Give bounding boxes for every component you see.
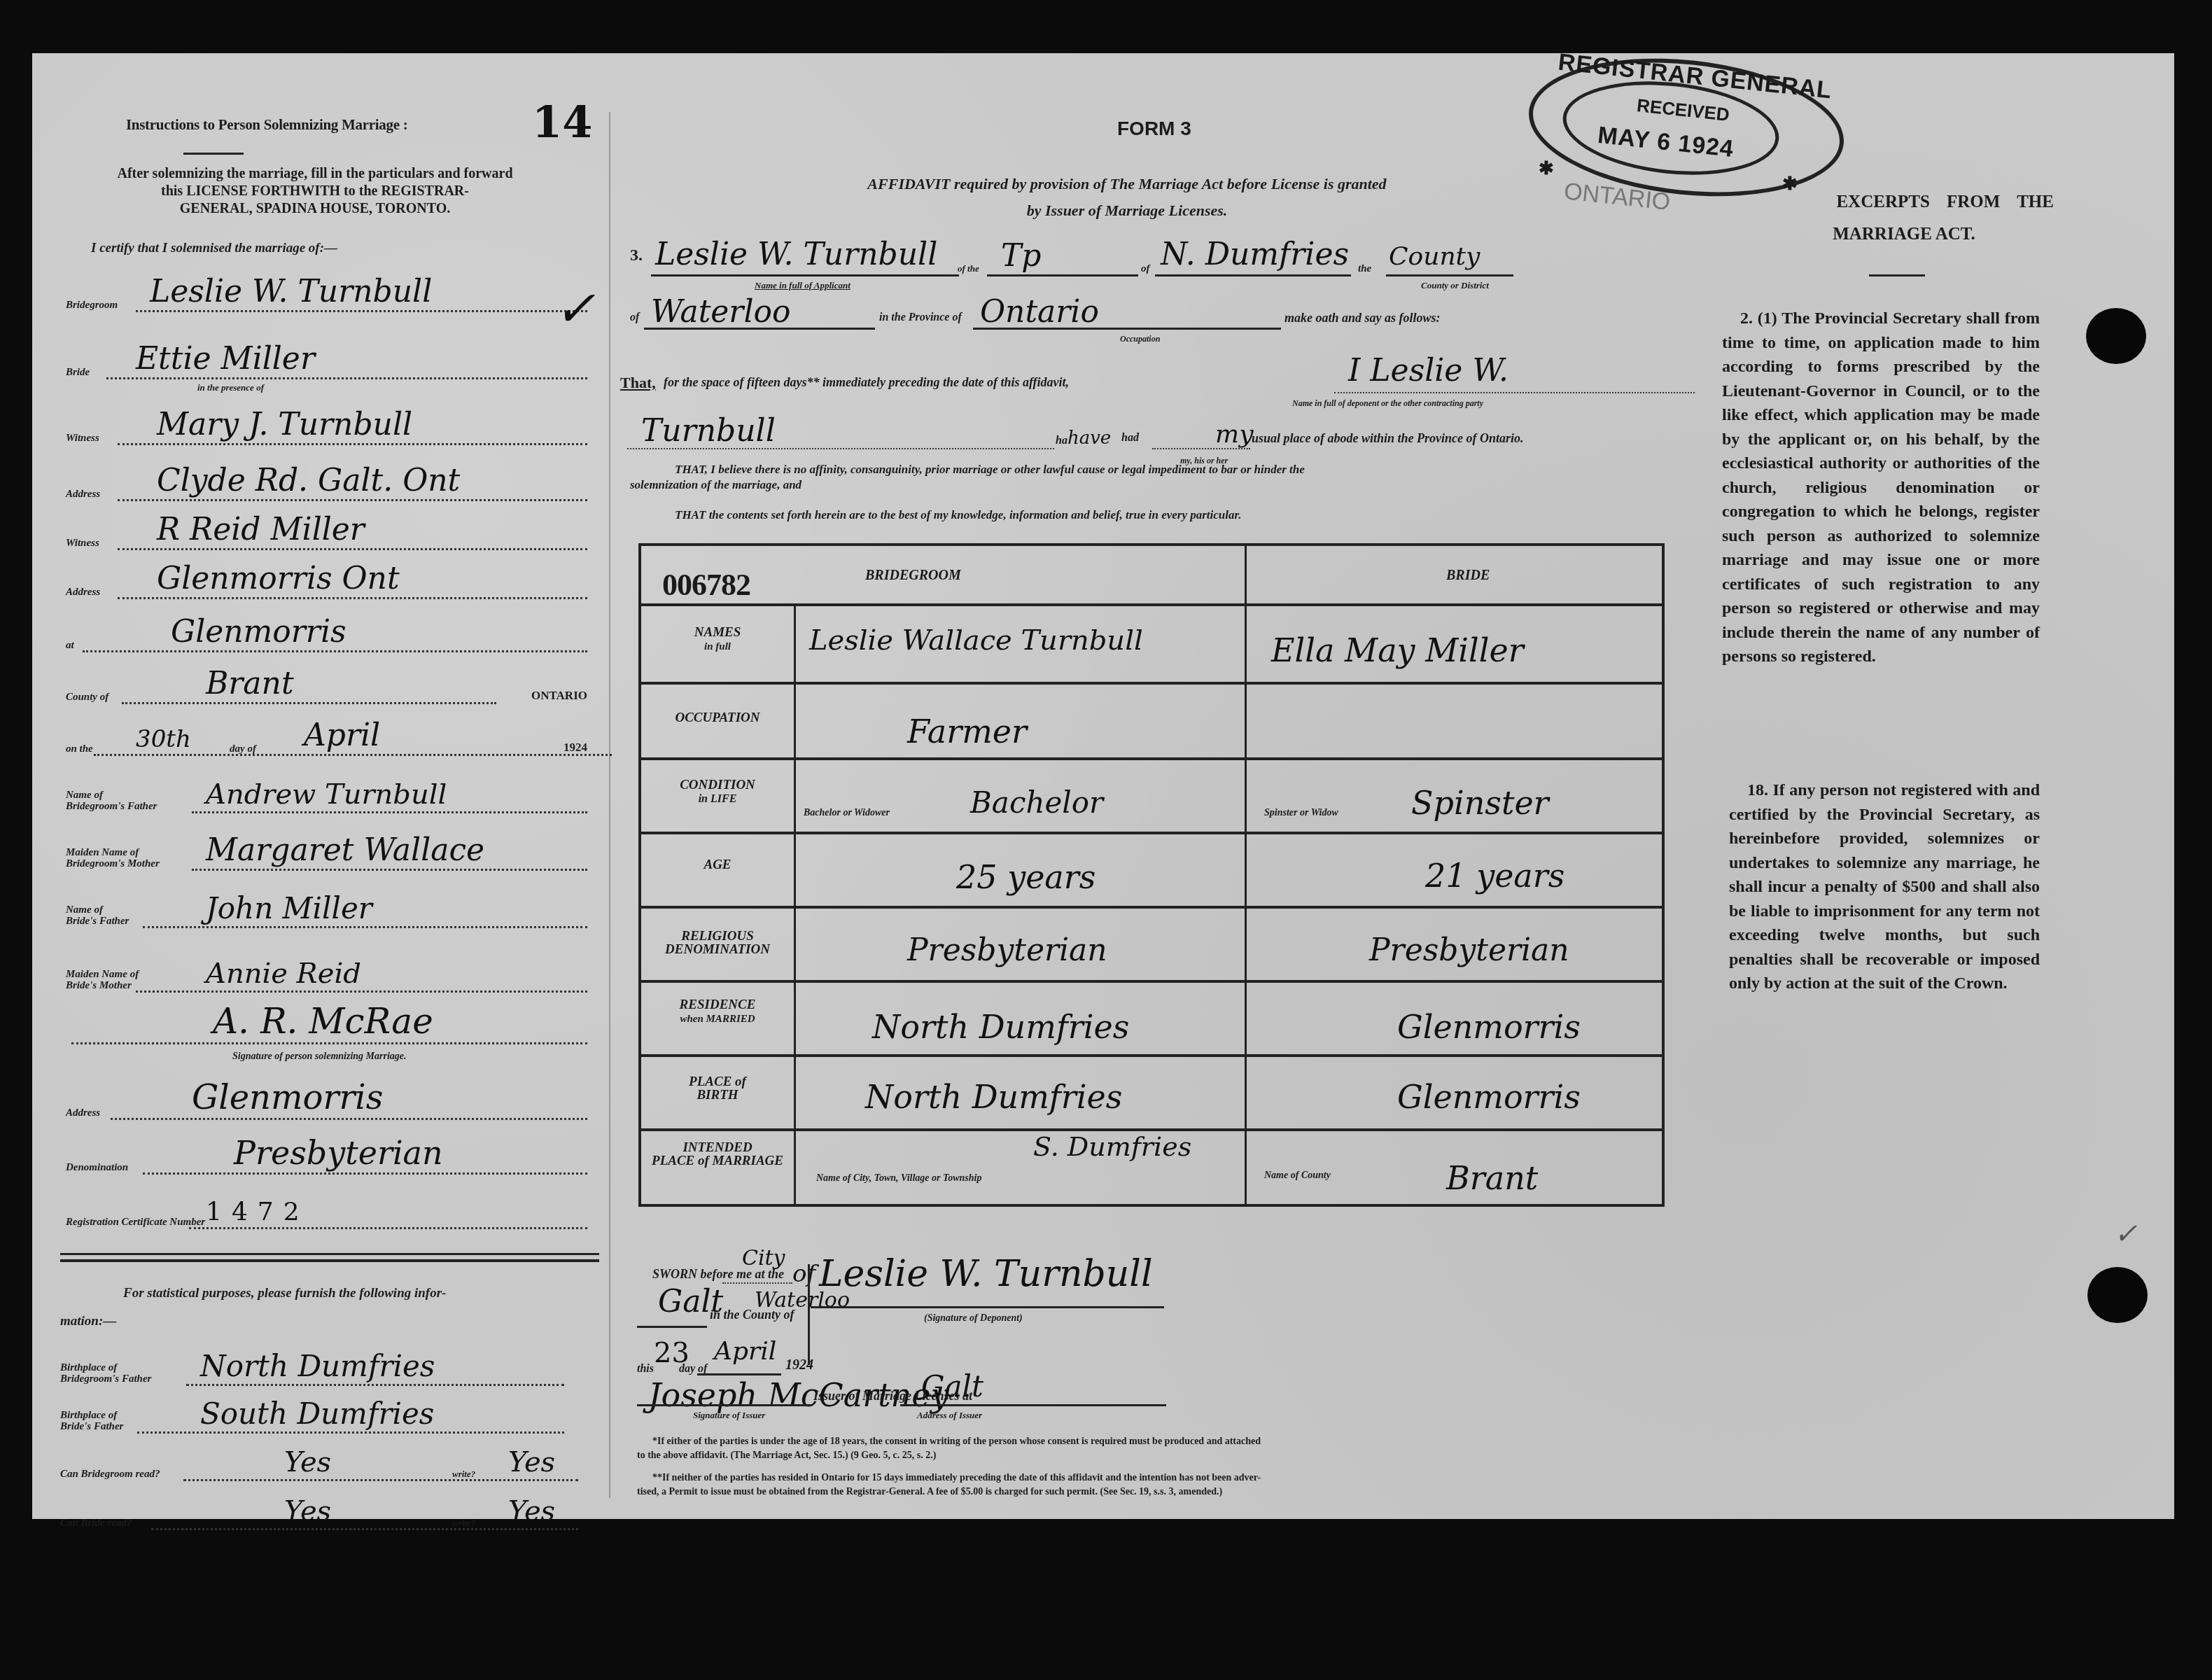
check-mark-icon: ✓	[2114, 1218, 2138, 1250]
table-row-names: NAMESin full Leslie Wallace Turnbull Ell…	[641, 603, 1662, 685]
subtitle-line-2: by Issuer of Marriage Licenses.	[658, 197, 1596, 224]
residence-paragraph: That, for the space of fifteen days** im…	[620, 343, 1698, 462]
party-caption: Name in full of deponent or the other co…	[1292, 398, 1483, 409]
label-line: Bride's Mother	[66, 980, 132, 991]
belief-line: THAT, I believe there is no affinity, co…	[630, 462, 1690, 477]
column-header-bride: BRIDE	[1446, 570, 1490, 581]
row-label-sub: in LIFE	[699, 793, 737, 805]
label: day of	[230, 743, 256, 755]
groom-father-birthplace-value: North Dumfries	[200, 1349, 435, 1383]
groom-write-value: Yes	[508, 1446, 555, 1478]
witness1-field: Witness Mary J. Turnbull	[66, 406, 587, 448]
underline	[987, 274, 1138, 276]
bride-read-value: Yes	[284, 1495, 331, 1527]
this-label: this	[637, 1364, 654, 1375]
bride-father-value: John Miller	[206, 891, 372, 925]
denomination-field: Denomination Presbyterian	[66, 1135, 587, 1177]
heading-line-1: EXCERPTS FROM THE	[1743, 186, 2065, 218]
dotted-line	[186, 1384, 564, 1386]
footnote-1: *If either of the parties is under the a…	[637, 1435, 1701, 1449]
underline	[637, 1326, 707, 1328]
had-label: had	[1121, 433, 1139, 444]
dotted-line	[137, 1431, 564, 1434]
witness2-value: R Reid Miller	[157, 512, 365, 547]
party-name-2: Turnbull	[641, 413, 776, 449]
section-divider	[60, 1253, 599, 1262]
denomination-value: Presbyterian	[234, 1134, 443, 1172]
bride-field: Bride Ettie Miller	[66, 340, 587, 382]
instructions-line-1: After solemnizing the marriage, fill in …	[49, 165, 581, 183]
row-label-sub: BIRTH	[696, 1088, 738, 1102]
label: Address	[66, 489, 100, 500]
statistical-intro: For statistical purposes, please furnish…	[60, 1280, 599, 1336]
groom-mother-value: Margaret Wallace	[206, 832, 484, 868]
dotted-line	[143, 1172, 587, 1175]
belief-line: solemnization of the marriage, and	[630, 477, 1690, 493]
check-mark-icon: ✓	[554, 280, 596, 337]
row-label-main: INTENDED	[682, 1140, 752, 1155]
statistical-intro-line-1: For statistical purposes, please furnish…	[60, 1280, 599, 1308]
dotted-line	[118, 548, 587, 550]
label-line: Maiden Name of	[66, 847, 139, 858]
label-line: Maiden Name of	[66, 969, 139, 980]
county-value: Brant	[206, 666, 294, 701]
label-line: Birthplace of	[60, 1410, 117, 1421]
intended-place-caption: Name of City, Town, Village or Township	[816, 1173, 982, 1184]
label: Bridegroom	[66, 300, 118, 311]
label: at	[66, 640, 74, 651]
issuer-address-caption: Address of Issuer	[917, 1410, 982, 1421]
applicant-line: 3. Leslie W. Turnbull Name in full of Ap…	[630, 231, 1701, 287]
intended-county-value: Brant	[1446, 1159, 1538, 1197]
dotted-line	[118, 499, 587, 501]
instructions-title: Instructions to Person Solemnizing Marri…	[126, 116, 407, 134]
label-line: Birthplace of	[60, 1362, 117, 1373]
label: Denomination	[66, 1162, 128, 1173]
form-subtitle: AFFIDAVIT required by provision of The M…	[658, 171, 1596, 224]
row-label: PLACE ofBIRTH	[641, 1075, 794, 1102]
province-label: in the Province of	[879, 312, 962, 323]
bride-age-value: 21 years	[1425, 857, 1564, 895]
label: Can Bride read?	[60, 1518, 132, 1529]
form-title: FORM 3	[1117, 118, 1191, 140]
table-row-birthplace: PLACE ofBIRTH North Dumfries Glenmorris	[641, 1054, 1662, 1131]
at-value: Glenmorris	[171, 614, 346, 650]
groom-occupation-value: Farmer	[907, 713, 1027, 750]
witness1-value: Mary J. Turnbull	[157, 407, 412, 442]
address1-field: Address Clyde Rd. Galt. Ont	[66, 462, 587, 504]
row-label-main: PLACE of	[689, 1074, 746, 1089]
dotted-line	[94, 754, 612, 756]
bride-father-birthplace-value: South Dumfries	[200, 1396, 434, 1431]
label-line: Bride's Father	[60, 1421, 123, 1432]
deponent-caption: (Signature of Deponent)	[924, 1313, 1023, 1324]
applicant-prefix: 3.	[630, 246, 643, 265]
groom-literacy-field: Can Bridegroom read? Yes write? Yes	[60, 1442, 578, 1484]
applicant-name: Leslie W. Turnbull	[655, 237, 937, 272]
county-word: County	[1389, 242, 1480, 271]
bridegroom-value: Leslie W. Turnbull	[150, 274, 432, 309]
table-row-intended-place: INTENDEDPLACE of MARRIAGE S. Dumfries Na…	[641, 1128, 1662, 1210]
groom-father-birthplace-field: Birthplace ofBridegroom's Father North D…	[60, 1347, 564, 1389]
underline	[1155, 274, 1351, 276]
underline	[1152, 448, 1250, 449]
particulars-table: 006782 BRIDEGROOM BRIDE NAMESin full Les…	[638, 543, 1665, 1207]
dotted-line	[111, 1118, 587, 1120]
dotted-line	[136, 310, 587, 312]
label: Birthplace ofBridegroom's Father	[60, 1362, 151, 1385]
label: Registration Certificate Number	[66, 1217, 205, 1228]
label: Address	[66, 587, 100, 598]
label: Bride	[66, 367, 90, 378]
underline	[651, 274, 959, 276]
label: Name ofBridegroom's Father	[66, 790, 157, 812]
bride-literacy-field: Can Bride read? Yes write? Yes	[60, 1491, 578, 1533]
address2-field: Address Glenmorris Ont	[66, 560, 587, 602]
row-label: OCCUPATION	[641, 711, 794, 724]
bride-father-field: Name ofBride's Father John Miller	[66, 889, 587, 931]
row-label: RESIDENCEwhen MARRIED	[641, 998, 794, 1026]
page-number: 14	[532, 97, 592, 148]
pronoun-value: my	[1215, 420, 1253, 449]
row-label: CONDITIONin LIFE	[641, 778, 794, 806]
label: Witness	[66, 433, 99, 444]
ontario-label: ONTARIO	[531, 689, 587, 703]
groom-religion-value: Presbyterian	[907, 932, 1107, 968]
punch-hole-top	[2086, 308, 2146, 364]
place-type-value: City	[742, 1246, 785, 1270]
dotted-line	[122, 702, 496, 704]
certify-text: I certify that I solemnised the marriage…	[91, 241, 337, 256]
bride-write-value: Yes	[508, 1495, 555, 1527]
punch-hole-bottom	[2087, 1267, 2148, 1323]
heading-rule	[1869, 274, 1925, 276]
year-value: 1924	[785, 1359, 813, 1371]
officiant-caption: Signature of person solemnizing Marriage…	[232, 1051, 407, 1063]
underline	[637, 1404, 812, 1406]
excerpt-section-18: 18. If any person not registered with an…	[1729, 778, 2040, 996]
row-label: AGE	[641, 858, 794, 871]
groom-mother-field: Maiden Name ofBridegroom's Mother Margar…	[66, 832, 587, 874]
applicant-caption: Name in full of Applicant	[755, 280, 850, 291]
label: on the	[66, 743, 93, 755]
row-label-sub: when MARRIED	[680, 1014, 755, 1025]
month-value: April	[714, 1337, 776, 1366]
groom-age-value: 25 years	[956, 858, 1095, 896]
instructions-line-2: this LICENSE FORTHWITH to the REGISTRAR-	[49, 183, 581, 200]
officiant-signature: A. R. McRae	[213, 1001, 433, 1042]
that-label: That,	[620, 374, 656, 392]
groom-read-value: Yes	[284, 1446, 331, 1478]
underline	[697, 1373, 781, 1375]
subtitle-line-1: AFFIDAVIT required by provision of The M…	[658, 171, 1596, 197]
footnotes: *If either of the parties is under the a…	[637, 1435, 1701, 1499]
at-field: at Glenmorris	[66, 613, 587, 655]
month-value: April	[304, 717, 380, 753]
residence-text: for the space of fifteen days** immediat…	[664, 377, 1069, 388]
registration-number-value: 1472	[206, 1198, 309, 1226]
township-value: N. Dumfries	[1161, 237, 1349, 272]
table-serial-number: 006782	[662, 567, 750, 603]
sworn-block: SWORN before me at the City of Galt in t…	[630, 1239, 1708, 1421]
underline	[1386, 274, 1513, 276]
write-label: write?	[452, 1518, 475, 1529]
county-field: County of Brant ONTARIO	[66, 665, 587, 707]
excerpt-section-2: 2. (1) The Provincial Secretary shall fr…	[1722, 307, 2040, 669]
row-label-main: NAMES	[694, 625, 741, 640]
have-value: have	[1067, 428, 1111, 449]
issuer-address: Galt	[921, 1369, 983, 1403]
abode-text: usual place of abode within the Province…	[1252, 433, 1524, 444]
label: Witness	[66, 538, 99, 549]
groom-birthplace-value: North Dumfries	[865, 1078, 1122, 1116]
divider	[183, 153, 244, 155]
dotted-line	[136, 990, 587, 993]
row-label: INTENDEDPLACE of MARRIAGE	[641, 1141, 794, 1168]
dotted-line	[192, 869, 587, 871]
label-line: Bridegroom's Father	[66, 801, 157, 812]
address1-value: Clyde Rd. Galt. Ont	[157, 463, 460, 498]
dotted-line	[118, 597, 587, 599]
footnote-2b: tised, a Permit to issue must be obtaine…	[637, 1485, 1701, 1499]
oath-text: make oath and say as follows:	[1284, 312, 1441, 323]
bride-condition-value: Spinster	[1411, 784, 1549, 822]
belief-paragraph-1: THAT, I believe there is no affinity, co…	[630, 462, 1690, 493]
dotted-line	[189, 1227, 587, 1229]
county-name: Waterloo	[651, 294, 790, 330]
write-label: write?	[452, 1469, 475, 1480]
row-label-sub: PLACE of MARRIAGE	[652, 1154, 783, 1168]
deponent-signature: Leslie W. Turnbull	[819, 1253, 1153, 1295]
table-row-occupation: OCCUPATION Farmer	[641, 682, 1662, 760]
instructions-body: After solemnizing the marriage, fill in …	[49, 165, 581, 218]
table-row-age: AGE 25 years 21 years	[641, 832, 1662, 909]
table-row-condition: CONDITIONin LIFE Bachelor or Widower Bac…	[641, 757, 1662, 834]
instructions-line-3: GENERAL, SPADINA HOUSE, TORONTO.	[49, 200, 581, 218]
label-line: Bridegroom's Father	[60, 1373, 151, 1385]
province-value: Ontario	[980, 294, 1099, 330]
label: Maiden Name ofBridegroom's Mother	[66, 847, 160, 869]
row-label-main: RELIGIOUS	[681, 929, 753, 944]
township-abbrev: Tp	[1001, 238, 1042, 274]
column-divider	[609, 112, 610, 1498]
dotted-line	[192, 811, 587, 813]
dotted-line	[71, 1042, 587, 1044]
bride-father-birthplace-field: Birthplace ofBride's Father South Dumfri…	[60, 1394, 564, 1436]
table-row-religion: RELIGIOUSDENOMINATION Presbyterian Presb…	[641, 906, 1662, 983]
bride-name-value: Ella May Miller	[1271, 631, 1524, 669]
row-label-main: CONDITION	[680, 778, 755, 792]
groom-condition-caption: Bachelor or Widower	[804, 808, 890, 819]
bride-mother-value: Annie Reid	[206, 958, 361, 990]
the-label: the	[1358, 263, 1371, 274]
dotted-line	[83, 650, 587, 652]
witness2-field: Witness R Reid Miller	[66, 511, 587, 553]
address2-value: Glenmorris Ont	[157, 561, 400, 596]
underline	[1334, 392, 1695, 393]
county-caption: Name of County	[1264, 1170, 1331, 1182]
groom-father-value: Andrew Turnbull	[206, 778, 447, 811]
table-row-residence: RESIDENCEwhen MARRIED North Dumfries Gle…	[641, 980, 1662, 1057]
officiant-signature-field: A. R. McRae	[66, 1005, 587, 1047]
county-caption: County or District	[1421, 280, 1489, 291]
underline	[900, 1404, 1166, 1406]
day-value: 30th	[136, 725, 191, 753]
label-line: Name of	[66, 904, 103, 916]
underline	[722, 1282, 792, 1284]
issuer-caption: Signature of Issuer	[693, 1410, 765, 1421]
dotted-line	[118, 443, 587, 445]
dotted-line	[143, 926, 587, 928]
date-field: on the 30th day of April 1924	[66, 717, 587, 759]
officiant-address-value: Glenmorris	[192, 1078, 383, 1117]
bracket	[808, 1264, 810, 1365]
label: County of	[66, 692, 108, 703]
groom-residence-value: North Dumfries	[872, 1008, 1129, 1046]
presence-label: in the presence of	[197, 382, 264, 393]
row-label-sub: in full	[704, 641, 731, 652]
statistical-intro-line-2: mation:—	[60, 1308, 599, 1336]
label: Birthplace ofBride's Father	[60, 1410, 123, 1432]
heading-line-2: MARRIAGE ACT.	[1743, 218, 2065, 251]
row-label: NAMESin full	[641, 626, 794, 654]
groom-condition-value: Bachelor	[970, 785, 1103, 820]
row-label: RELIGIOUSDENOMINATION	[641, 930, 794, 956]
bride-condition-caption: Spinster or Widow	[1264, 808, 1338, 819]
have-label: hahave	[1056, 433, 1111, 447]
row-label-sub: DENOMINATION	[665, 942, 770, 957]
row-label-main: RESIDENCE	[680, 997, 756, 1012]
footnote-2: **If neither of the parties has resided …	[637, 1471, 1701, 1485]
label: Can Bridegroom read?	[60, 1469, 160, 1480]
bride-religion-value: Presbyterian	[1369, 932, 1569, 968]
of-label: of	[630, 312, 639, 323]
dotted-line	[151, 1528, 578, 1530]
of-value: of	[792, 1260, 815, 1288]
underline	[811, 1306, 1164, 1308]
bride-mother-field: Maiden Name ofBride's Mother Annie Reid	[66, 953, 587, 995]
bride-value: Ettie Miller	[136, 341, 315, 377]
column-header-bridegroom: BRIDEGROOM	[865, 570, 961, 581]
label-line: Bride's Father	[66, 916, 129, 927]
label: Name ofBride's Father	[66, 904, 129, 927]
label: Address	[66, 1107, 100, 1119]
stamp-star-icon: ✱	[1539, 158, 1554, 179]
registration-number-field: Registration Certificate Number 1472	[66, 1190, 587, 1232]
footnote-1b: to the above affidavit. (The Marriage Ac…	[637, 1449, 1701, 1463]
officiant-address-field: Address Glenmorris	[66, 1081, 587, 1123]
year-value: 1924	[563, 741, 587, 755]
dotted-line	[106, 377, 587, 379]
dotted-line	[183, 1479, 578, 1481]
groom-name-value: Leslie Wallace Turnbull	[809, 624, 1143, 657]
groom-intended-place-value: S. Dumfries	[1033, 1131, 1191, 1162]
party-name-1: I Leslie W.	[1348, 353, 1508, 388]
groom-father-field: Name ofBridegroom's Father Andrew Turnbu…	[66, 774, 587, 816]
of-label: of	[1141, 263, 1150, 274]
bridegroom-field: Bridegroom Leslie W. Turnbull	[66, 273, 587, 315]
label-line: Name of	[66, 790, 103, 801]
bride-birthplace-value: Glenmorris	[1397, 1078, 1581, 1116]
bride-residence-value: Glenmorris	[1397, 1008, 1581, 1046]
of-the-label: of the	[958, 263, 979, 274]
province-line: of Waterloo in the Province of Ontario O…	[630, 291, 1701, 340]
label: Maiden Name ofBride's Mother	[66, 969, 139, 991]
label-line: Bridegroom's Mother	[66, 858, 160, 869]
excerpts-heading: EXCERPTS FROM THE MARRIAGE ACT.	[1743, 186, 2065, 251]
belief-paragraph-2: THAT the contents set forth herein are t…	[675, 510, 1241, 521]
